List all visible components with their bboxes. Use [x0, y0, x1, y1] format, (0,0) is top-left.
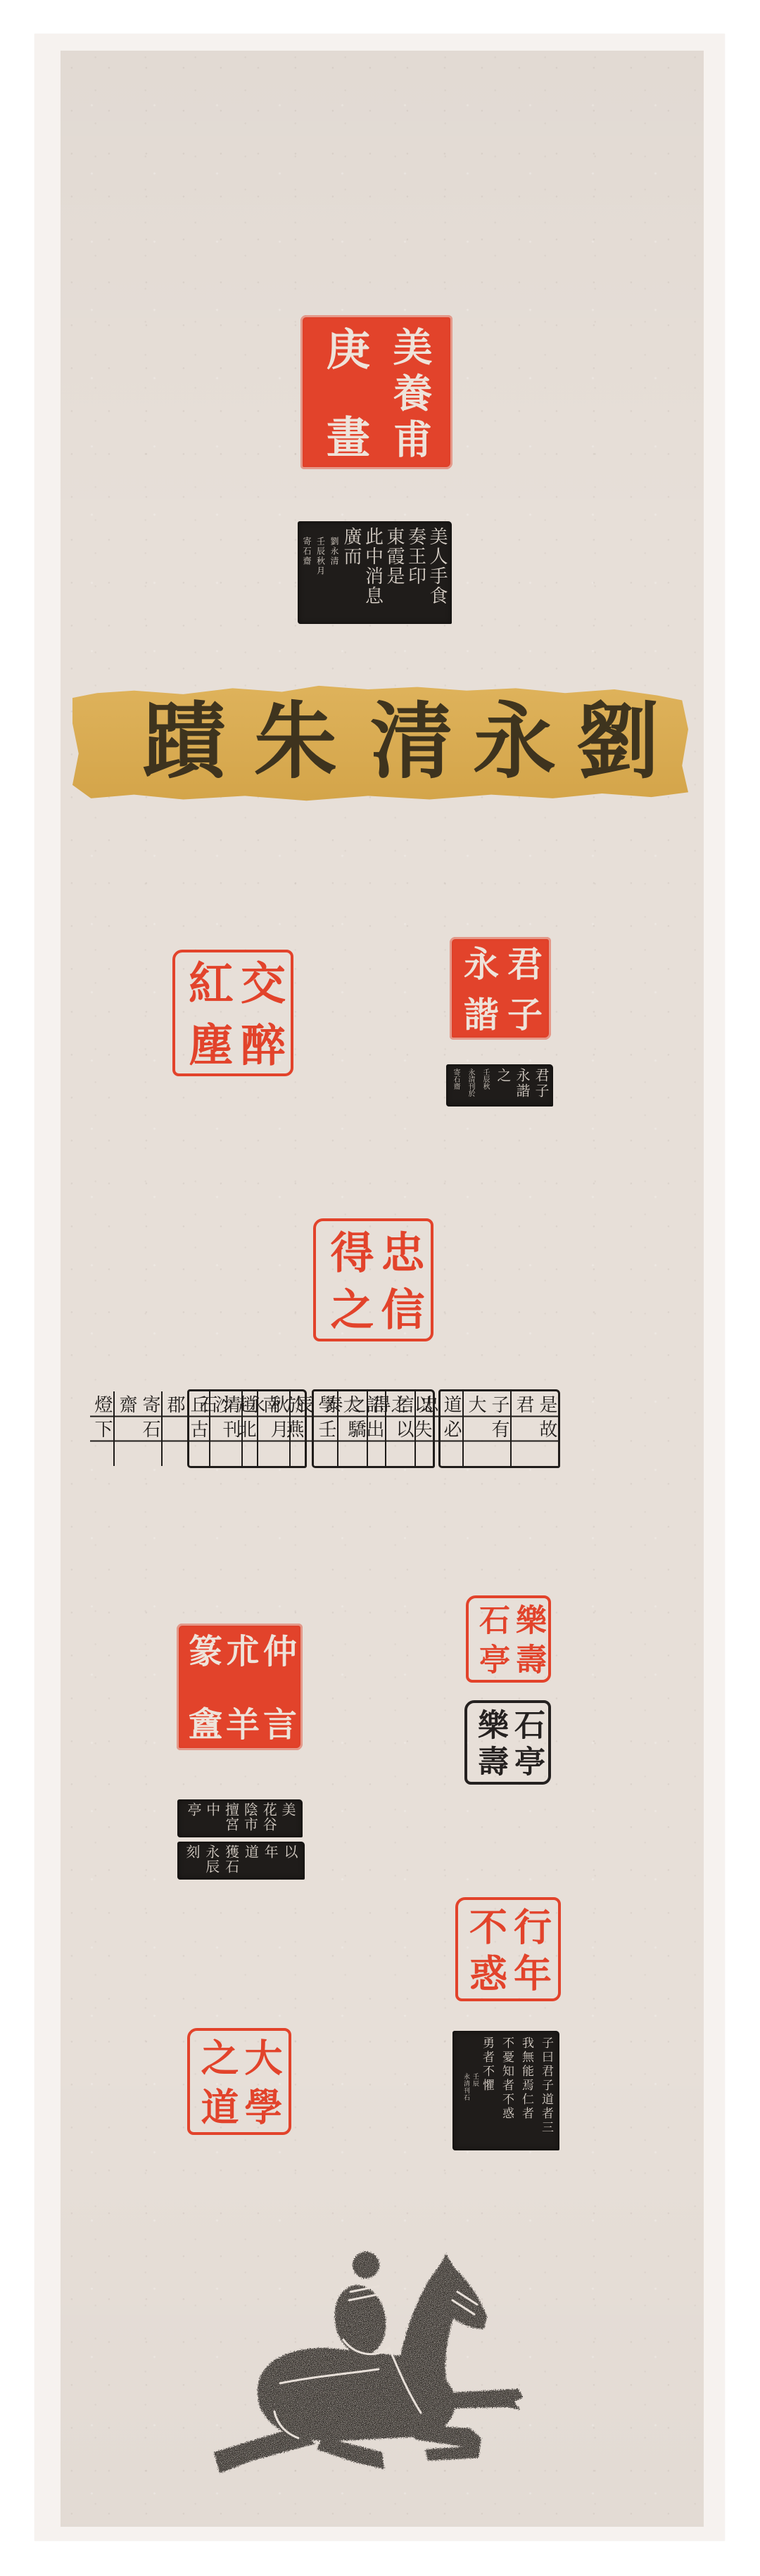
rubbing-e1-column: 美 — [279, 1802, 297, 1817]
seal-impression-c: 君子 永諧 — [450, 937, 551, 1040]
seal-a-column: 庚畫 — [317, 326, 373, 458]
inscription-column: 子有大 — [462, 1391, 510, 1466]
seal-a-column: 美養甫 — [382, 326, 438, 458]
seal-c-column: 君子 — [502, 945, 543, 1031]
title-character: 清 — [369, 681, 454, 802]
seal-e-column: 仲言 — [259, 1633, 296, 1740]
rubbing-h-side-column: 壬辰 — [470, 2073, 479, 2087]
title-character: 劉 — [576, 681, 660, 802]
rubbing-a-column: 奏王印 — [405, 527, 426, 586]
scroll-paper: 美養甫 庚畫 美人手食 奏王印 東霞是 此中消息 廣而 劉永清 壬辰秋月 寄石齋… — [61, 51, 704, 2527]
rubbing-e1-column: 花谷 — [260, 1802, 278, 1832]
rubbing-h-column: 子曰君子道者三 — [537, 2036, 555, 2135]
title-character: 永 — [472, 681, 557, 802]
rubbing-h-side-column: 永清刊石 — [461, 2073, 470, 2101]
rubbing-a-side-column: 壬辰秋月 — [315, 537, 327, 576]
seal-h-column: 不惑 — [464, 1907, 508, 1991]
seal-i-column: 之道 — [196, 2038, 239, 2125]
title-character: 蹟 — [142, 681, 227, 802]
side-inscription-rubbing-a: 美人手食 奏王印 東霞是 此中消息 廣而 劉永清 壬辰秋月 寄石齋 — [298, 521, 452, 624]
rubbing-a-side-column: 劉永清 — [328, 537, 340, 566]
seal-impression-a: 美養甫 庚畫 — [300, 315, 452, 469]
side-inscription-rubbing-e2: 以 年 道 獲石 永辰 刻 — [177, 1842, 305, 1880]
rubbing-c-side-column: 永清刊於 — [464, 1069, 476, 1097]
rubbing-c-column: 永諧 — [513, 1068, 531, 1099]
rubbing-a-side-column: 寄石齋 — [300, 537, 312, 566]
seal-b-column: 交醉 — [233, 959, 285, 1066]
rubbing-c-side-column: 壬辰秋 — [479, 1069, 491, 1090]
inscription-column: 寄石齋 — [113, 1391, 161, 1466]
rubbing-e1-column: 亭 — [184, 1802, 203, 1817]
seal-impression-i: 大學 之道 — [187, 2028, 291, 2135]
rubbing-c-side-column: 寄石齋 — [449, 1069, 462, 1090]
rubbing-e2-column: 道 — [241, 1844, 260, 1859]
seal-b-column: 紅塵 — [181, 959, 233, 1066]
inscription-column: 以失之 — [385, 1391, 433, 1466]
seal-g-column: 石亭 — [508, 1709, 545, 1776]
inscription-column: 語出大 — [337, 1391, 385, 1466]
seal-e-column: 朮羊 — [222, 1633, 258, 1740]
seal-impression-b: 交醉 紅塵 — [172, 950, 293, 1076]
rubbing-c-column: 君子 — [532, 1068, 550, 1099]
seal-e-column: 篆盦 — [184, 1633, 221, 1740]
seal-impression-g: 石亭 樂壽 — [464, 1700, 551, 1785]
rubbing-e2-column: 刻 — [183, 1844, 201, 1859]
seal-c-column: 永諧 — [458, 945, 499, 1031]
rubbing-e2-column: 年 — [261, 1844, 279, 1859]
rubbing-e2-column: 以 — [281, 1844, 299, 1859]
seal-impression-d: 忠信 得之 — [313, 1218, 433, 1341]
inscription-column: 於燕南 — [257, 1391, 305, 1466]
rubbing-a-column: 此中消息 — [362, 527, 384, 606]
rubbing-e2-column: 永辰 — [203, 1844, 221, 1874]
seal-impression-f: 樂壽 石亭 — [466, 1595, 551, 1683]
rubbing-e1-column: 中 — [203, 1802, 222, 1817]
inscription-column: 燈下 — [90, 1391, 113, 1466]
rubbing-e2-column: 獲石 — [222, 1844, 241, 1874]
rubbing-a-column: 美人手食 — [426, 527, 448, 606]
rubbing-e1-column: 擅宮 — [222, 1802, 241, 1832]
rubbing-h-column: 勇者不懼 — [478, 2036, 496, 2093]
seal-d-column: 忠信 — [374, 1230, 424, 1330]
rubbing-h-column: 不憂知者不惑 — [498, 2036, 516, 2121]
horse-rider-rubbing-illustration — [210, 2250, 523, 2475]
horse-figure — [214, 2252, 523, 2473]
seal-i-column: 大學 — [239, 2038, 283, 2125]
inscription-column: 是故君 — [510, 1391, 558, 1466]
inscription-block-2: 以失之 語出大 學壬辰 秋月永 清刊石 — [312, 1389, 435, 1468]
rubbing-a-column: 東霞是 — [384, 527, 405, 586]
seal-h-column: 行年 — [509, 1907, 552, 1991]
rubbing-c-column: 之 — [494, 1068, 512, 1083]
side-inscription-rubbing-h: 子曰君子道者三 我無能焉仁者 不憂知者不惑 勇者不懼 壬辰 永清刊石 — [452, 2031, 559, 2150]
rubbing-e1-column: 陰市 — [241, 1802, 259, 1832]
seal-f-column: 樂壽 — [509, 1604, 546, 1674]
rubbing-h-column: 我無能焉仁者 — [517, 2036, 536, 2121]
inscription-block-3: 於燕南 趙北沙 丘古郡 寄石齋 燈下 — [187, 1389, 307, 1468]
inscription-column: 丘古郡 — [161, 1391, 209, 1466]
rubbing-a-column: 廣而 — [341, 527, 362, 566]
side-inscription-rubbing-e1: 美 花谷 陰市 擅宮 中 亭 — [177, 1799, 303, 1837]
inscription-column: 趙北沙 — [209, 1391, 257, 1466]
seal-impression-e: 仲言 朮羊 篆盦 — [177, 1624, 303, 1750]
seal-g-column: 樂壽 — [471, 1709, 508, 1776]
seal-impression-h: 行年 不惑 — [455, 1897, 561, 2001]
title-character: 朱 — [253, 681, 338, 802]
seal-f-column: 石亭 — [473, 1604, 509, 1674]
side-inscription-rubbing-c: 君子 永諧 之 壬辰秋 永清刊於 寄石齋 — [446, 1064, 553, 1107]
title-strip: 劉 永 清 朱 蹟 — [72, 681, 688, 802]
seal-d-column: 得之 — [323, 1230, 374, 1330]
inscription-block-1: 是故君 子有大 道必忠 信以得 之驕泰 — [438, 1389, 560, 1468]
